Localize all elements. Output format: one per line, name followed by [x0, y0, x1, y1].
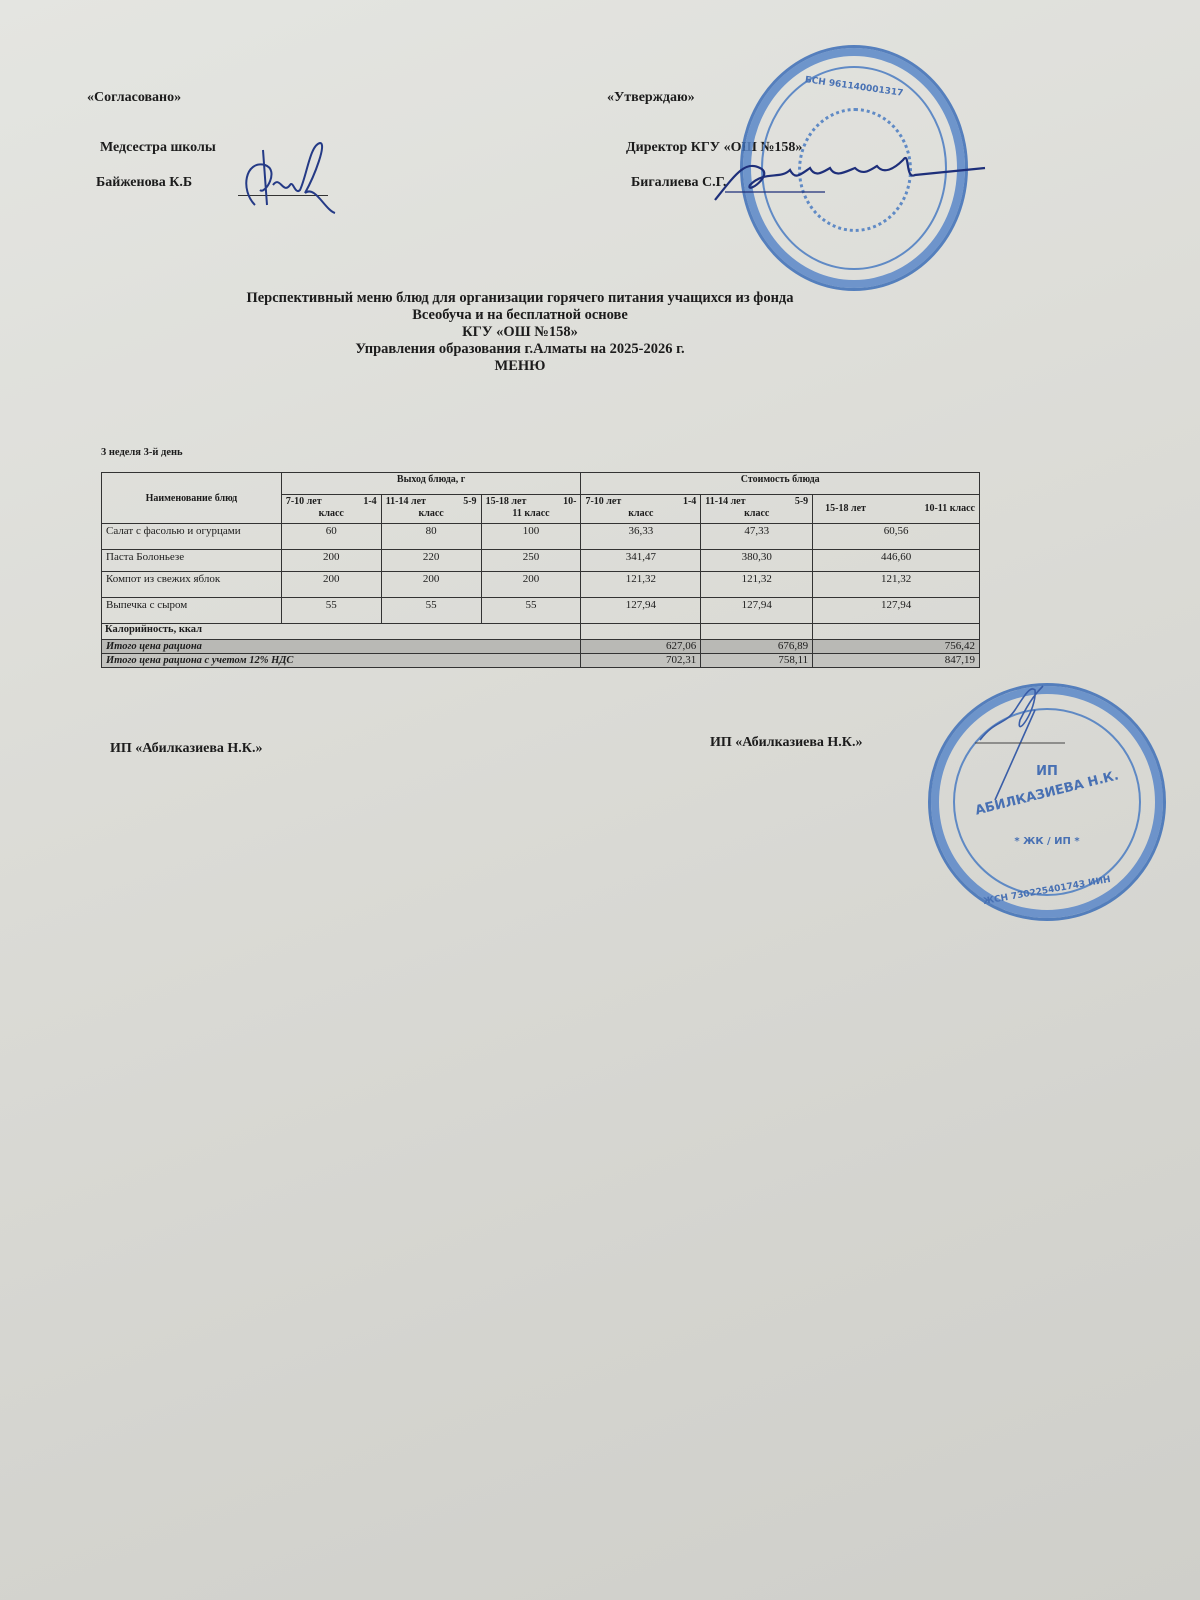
- dish-name: Салат с фасолью и огурцами: [102, 524, 282, 550]
- yield-value: 80: [381, 524, 481, 550]
- total-vat-value: 758,11: [701, 654, 813, 668]
- table-row: Паста Болоньезе 200 220 250 341,47 380,3…: [102, 550, 980, 572]
- yield-group-header: Выход блюда, г: [281, 473, 581, 495]
- cost-value: 47,33: [701, 524, 813, 550]
- cost-col-2: 11-14 лет5-9класс: [701, 495, 813, 524]
- total-value: 676,89: [701, 640, 813, 654]
- cost-value: 36,33: [581, 524, 701, 550]
- yield-value: 200: [281, 572, 381, 598]
- cost-group-header: Стоимость блюда: [581, 473, 980, 495]
- dish-name-header: Наименование блюд: [102, 473, 282, 524]
- total-vat-label: Итого цена рациона с учетом 12% НДС: [102, 654, 581, 668]
- yield-value: 55: [381, 598, 481, 624]
- calories-row: Калорийность, ккал: [102, 624, 980, 640]
- total-label: Итого цена рациона: [102, 640, 581, 654]
- cost-value: 60,56: [813, 524, 980, 550]
- total-vat-row: Итого цена рациона с учетом 12% НДС 702,…: [102, 654, 980, 668]
- yield-value: 60: [281, 524, 381, 550]
- total-row: Итого цена рациона 627,06 676,89 756,42: [102, 640, 980, 654]
- total-value: 627,06: [581, 640, 701, 654]
- yield-value: 250: [481, 550, 581, 572]
- document-title: Перспективный меню блюд для организации …: [180, 290, 860, 375]
- supplier-left: ИП «Абилказиева Н.К.»: [110, 741, 262, 757]
- agreed-heading: «Согласовано»: [87, 90, 181, 106]
- yield-value: 55: [481, 598, 581, 624]
- approve-heading: «Утверждаю»: [607, 90, 695, 106]
- yield-value: 200: [281, 550, 381, 572]
- table-row: Выпечка с сыром 55 55 55 127,94 127,94 1…: [102, 598, 980, 624]
- title-line-4: Управления образования г.Алматы на 2025-…: [180, 341, 860, 358]
- dish-name: Компот из свежих яблок: [102, 572, 282, 598]
- calories-label: Калорийность, ккал: [102, 624, 581, 640]
- yield-value: 220: [381, 550, 481, 572]
- director-signature: [705, 140, 995, 210]
- total-vat-value: 847,19: [813, 654, 980, 668]
- nurse-role: Медсестра школы: [100, 140, 216, 156]
- document-page: «Согласовано» Медсестра школы Байженова …: [0, 0, 1200, 1600]
- yield-col-1: 7-10 лет1-4класс: [281, 495, 381, 524]
- total-vat-value: 702,31: [581, 654, 701, 668]
- cost-value: 121,32: [813, 572, 980, 598]
- cost-value: 127,94: [581, 598, 701, 624]
- title-line-3: КГУ «ОШ №158»: [180, 324, 860, 341]
- dish-name: Выпечка с сыром: [102, 598, 282, 624]
- total-value: 756,42: [813, 640, 980, 654]
- nurse-signature: [235, 135, 345, 225]
- table-row: Салат с фасолью и огурцами 60 80 100 36,…: [102, 524, 980, 550]
- yield-value: 200: [381, 572, 481, 598]
- yield-value: 100: [481, 524, 581, 550]
- yield-col-3: 15-18 лет10-11 класс: [481, 495, 581, 524]
- cost-value: 341,47: [581, 550, 701, 572]
- yield-col-2: 11-14 лет5-9класс: [381, 495, 481, 524]
- cost-value: 127,94: [813, 598, 980, 624]
- yield-value: 200: [481, 572, 581, 598]
- cost-value: 121,32: [701, 572, 813, 598]
- supplier-right: ИП «Абилказиева Н.К.»: [710, 735, 862, 751]
- cost-col-3: 15-18 лет10-11 класс: [813, 495, 980, 524]
- title-line-5: МЕНЮ: [180, 358, 860, 375]
- cost-value: 446,60: [813, 550, 980, 572]
- title-line-2: Всеобуча и на бесплатной основе: [180, 307, 860, 324]
- cost-col-1: 7-10 лет1-4класс: [581, 495, 701, 524]
- table-row: Компот из свежих яблок 200 200 200 121,3…: [102, 572, 980, 598]
- cost-value: 380,30: [701, 550, 813, 572]
- yield-value: 55: [281, 598, 381, 624]
- day-label: 3 неделя 3-й день: [101, 447, 183, 458]
- menu-table: Наименование блюд Выход блюда, г Стоимос…: [101, 472, 980, 668]
- title-line-1: Перспективный меню блюд для организации …: [180, 290, 860, 307]
- cost-value: 121,32: [581, 572, 701, 598]
- supplier-signature: [975, 680, 1085, 810]
- cost-value: 127,94: [701, 598, 813, 624]
- nurse-name: Байженова К.Б: [96, 175, 192, 191]
- supplier-stamp-sub: * ЖК / ИП *: [931, 836, 1163, 847]
- dish-name: Паста Болоньезе: [102, 550, 282, 572]
